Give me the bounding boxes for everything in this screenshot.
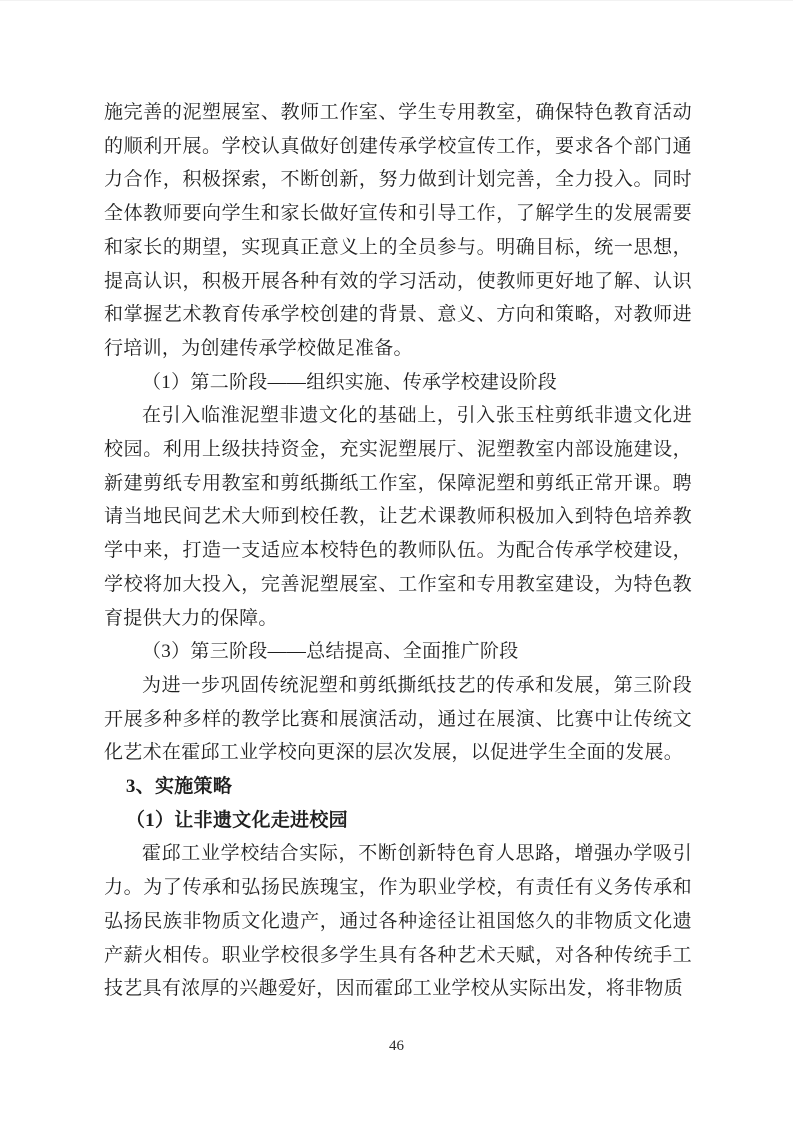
page-content: 施完善的泥塑展室、教师工作室、学生专用教室，确保特色教育活动的顺利开展。学校认真…	[104, 96, 692, 1006]
paragraph-heritage-into-campus: 霍邱工业学校结合实际，不断创新特色育人思路，增强办学吸引力。为了传承和弘扬民族瑰…	[104, 837, 692, 1006]
paragraph-continuation: 施完善的泥塑展室、教师工作室、学生专用教室，确保特色教育活动的顺利开展。学校认真…	[104, 96, 692, 366]
paragraph-stage-two: 在引入临淮泥塑非遗文化的基础上，引入张玉柱剪纸非遗文化进校园。利用上级扶持资金，…	[104, 399, 692, 635]
paragraph-stage-three: 为进一步巩固传统泥塑和剪纸撕纸技艺的传承和发展，第三阶段开展多种多样的教学比赛和…	[104, 669, 692, 770]
heading-heritage-into-campus: （1）让非遗文化走进校园	[104, 804, 692, 838]
subheading-stage-two: （1）第二阶段——组织实施、传承学校建设阶段	[104, 366, 692, 400]
heading-implementation-strategy: 3、实施策略	[104, 770, 692, 804]
subheading-stage-three: （3）第三阶段——总结提高、全面推广阶段	[104, 635, 692, 669]
page-number: 46	[0, 1037, 793, 1055]
document-page: 施完善的泥塑展室、教师工作室、学生专用教室，确保特色教育活动的顺利开展。学校认真…	[0, 0, 793, 1123]
